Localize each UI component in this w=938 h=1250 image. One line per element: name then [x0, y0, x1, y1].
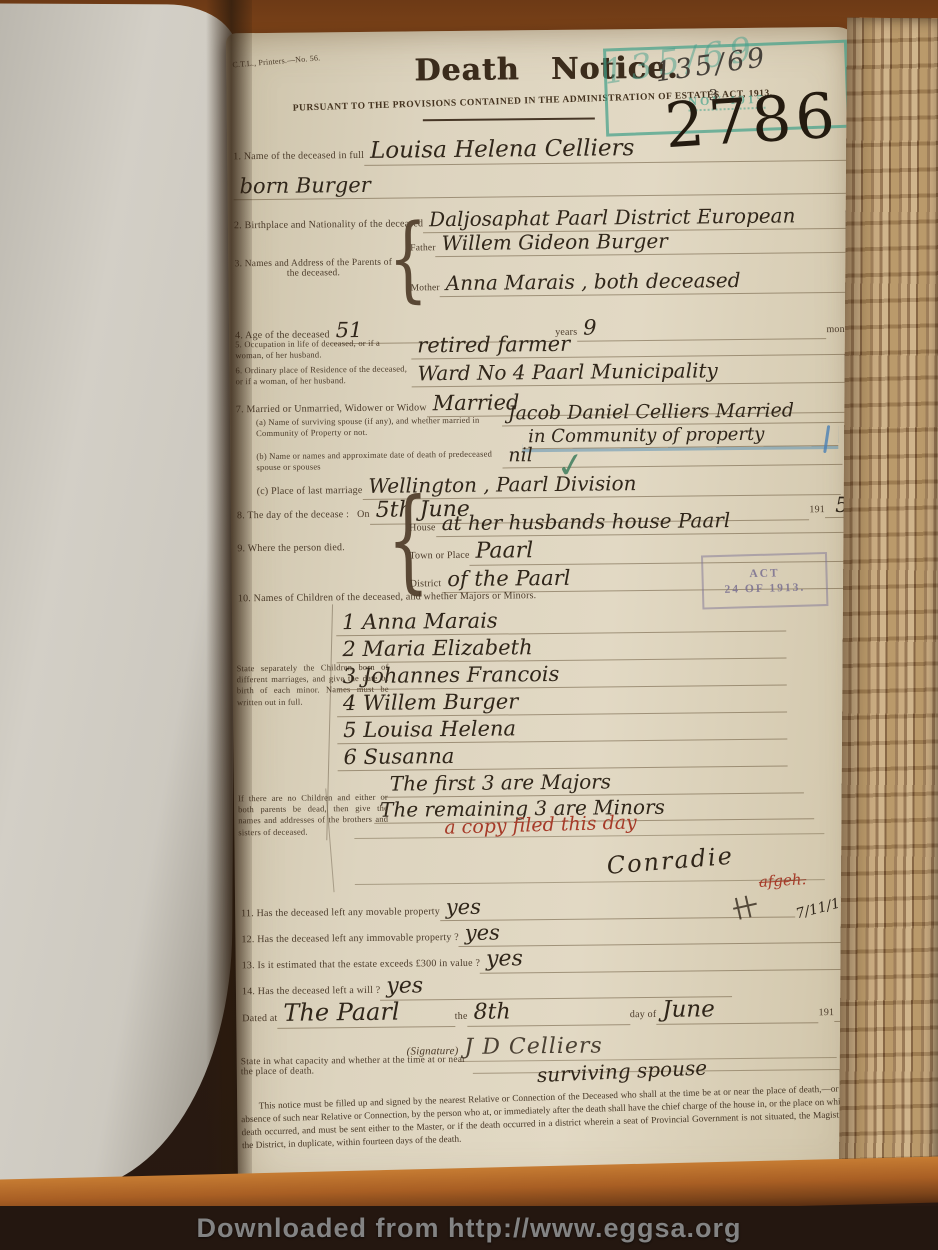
field-7b-value: nil	[502, 441, 842, 469]
watermark-text: Downloaded from http://www.eggsa.org	[0, 1213, 938, 1244]
field-6-label: 6. Ordinary place of Residence of the de…	[235, 363, 411, 387]
field-5-row: retired farmer	[411, 329, 857, 360]
footer-instructions: This notice must be filled up and signed…	[241, 1083, 864, 1153]
dated-label: Dated at	[242, 1013, 277, 1024]
field-1-value-line2-row: born Burger	[233, 168, 855, 201]
field-14-label: 14. Has the deceased left a will ?	[242, 985, 381, 997]
field-7c-label: (c) Place of last marriage	[257, 485, 363, 497]
child-row: 6 Susanna	[337, 741, 787, 772]
red-ink-note: a copy filed this day	[444, 811, 637, 838]
dated-place: The Paarl	[277, 997, 455, 1029]
dated-row: Dated at The Paarl the 8th day of June 1…	[242, 993, 864, 1030]
subtitle-rule	[423, 118, 595, 122]
field-12-label: 12. Has the deceased left any immovable …	[241, 932, 459, 945]
act-stamp-line2: 24 OF 1913.	[704, 581, 826, 596]
field-9-house-row: House at her husbands house Paarl	[409, 507, 859, 538]
field-1-label: 1. Name of the deceased in full	[233, 150, 364, 162]
field-7a-label: (a) Name of surviving spouse (if any), a…	[256, 415, 496, 440]
child-2: 2 Maria Elizabeth	[336, 633, 786, 664]
field-7b-label: (b) Name or names and approximate date o…	[256, 449, 500, 474]
siblings-side-note: If there are no Children and either or b…	[238, 792, 388, 838]
act-stamp: ACT 24 OF 1913.	[701, 552, 828, 609]
father-label: Father	[410, 243, 436, 253]
field-8-on-label: On	[349, 509, 370, 520]
mother-label: Mother	[411, 283, 440, 293]
red-note-row: a copy filed this day	[444, 811, 834, 837]
house-label: House	[409, 522, 436, 533]
field-6-value: Ward No 4 Paarl Municipality	[411, 357, 857, 388]
field-5-label: 5. Occupation in life of deceased, or if…	[235, 338, 403, 362]
field-9-label: 9. Where the person died.	[237, 542, 385, 555]
child-row: 1 Anna Marais	[336, 606, 786, 637]
pencil-note: 3	[709, 86, 719, 104]
field-6-row: Ward No 4 Paarl Municipality	[411, 357, 857, 388]
act-stamp-line1: ACT	[703, 566, 825, 581]
father-value: Willem Gideon Burger	[436, 227, 857, 257]
field-3-father-row: Father Willem Gideon Burger	[410, 227, 856, 258]
district-label: District	[410, 578, 442, 589]
field-7-label: 7. Married or Unmarried, Widower or Wido…	[236, 402, 427, 415]
capacity-label: State in what capacity and whether at th…	[241, 1055, 469, 1077]
mother-value: Anna Marais , both deceased	[440, 267, 857, 297]
estate-number: 2786	[663, 78, 841, 162]
child-row: 4 Willem Burger	[337, 687, 787, 718]
field-13-label: 13. Is it estimated that the estate exce…	[242, 958, 481, 971]
facing-blank-page	[0, 3, 237, 1190]
child-3: 3 Johannes Francois	[337, 660, 787, 691]
book-page-edges	[839, 18, 938, 1195]
the-label: the	[455, 1011, 468, 1022]
field-7b-row: nil	[502, 441, 842, 469]
child-row: 5 Louisa Helena	[337, 714, 787, 745]
town-label: Town or Place	[409, 550, 469, 562]
field-3-mother-row: Mother Anna Marais , both deceased	[410, 267, 856, 298]
death-notice-form: C.T.L., Printers.—No. 56. Death Notice. …	[226, 27, 874, 1196]
field-5-value: retired farmer	[411, 329, 857, 360]
house-value: at her husbands house Paarl	[436, 507, 860, 537]
green-check-mark: ✓	[554, 444, 588, 488]
field-11-label: 11. Has the deceased left any movable pr…	[241, 906, 440, 919]
child-1: 1 Anna Marais	[336, 606, 786, 637]
day-of-label: day of	[630, 1009, 657, 1020]
field-3-label: 3. Names and Address of the Parents of t…	[234, 258, 392, 280]
blank-rule	[355, 879, 825, 885]
month-value: June	[656, 995, 819, 1025]
child-row: 2 Maria Elizabeth	[336, 633, 786, 664]
day-value: 8th	[467, 998, 630, 1027]
field-8-label: 8. The day of the decease :	[237, 509, 349, 521]
field-1-value2: born Burger	[233, 168, 855, 201]
printer-number: C.T.L., Printers.—No. 56.	[232, 53, 321, 69]
child-4: 4 Willem Burger	[337, 687, 787, 718]
child-row: 3 Johannes Francois	[337, 660, 787, 691]
clerk-signature: Conradie	[606, 842, 735, 880]
field-10-label: 10. Names of Children of the deceased, a…	[238, 588, 708, 604]
signature-row: (Signature) J D Celliers	[406, 1031, 836, 1063]
child-5: 5 Louisa Helena	[337, 714, 787, 745]
year-printed: 191	[819, 1007, 835, 1018]
child-6: 6 Susanna	[337, 741, 787, 772]
field-13-value: yes	[480, 943, 864, 974]
photographed-register-page: C.T.L., Printers.—No. 56. Death Notice. …	[0, 0, 938, 1250]
